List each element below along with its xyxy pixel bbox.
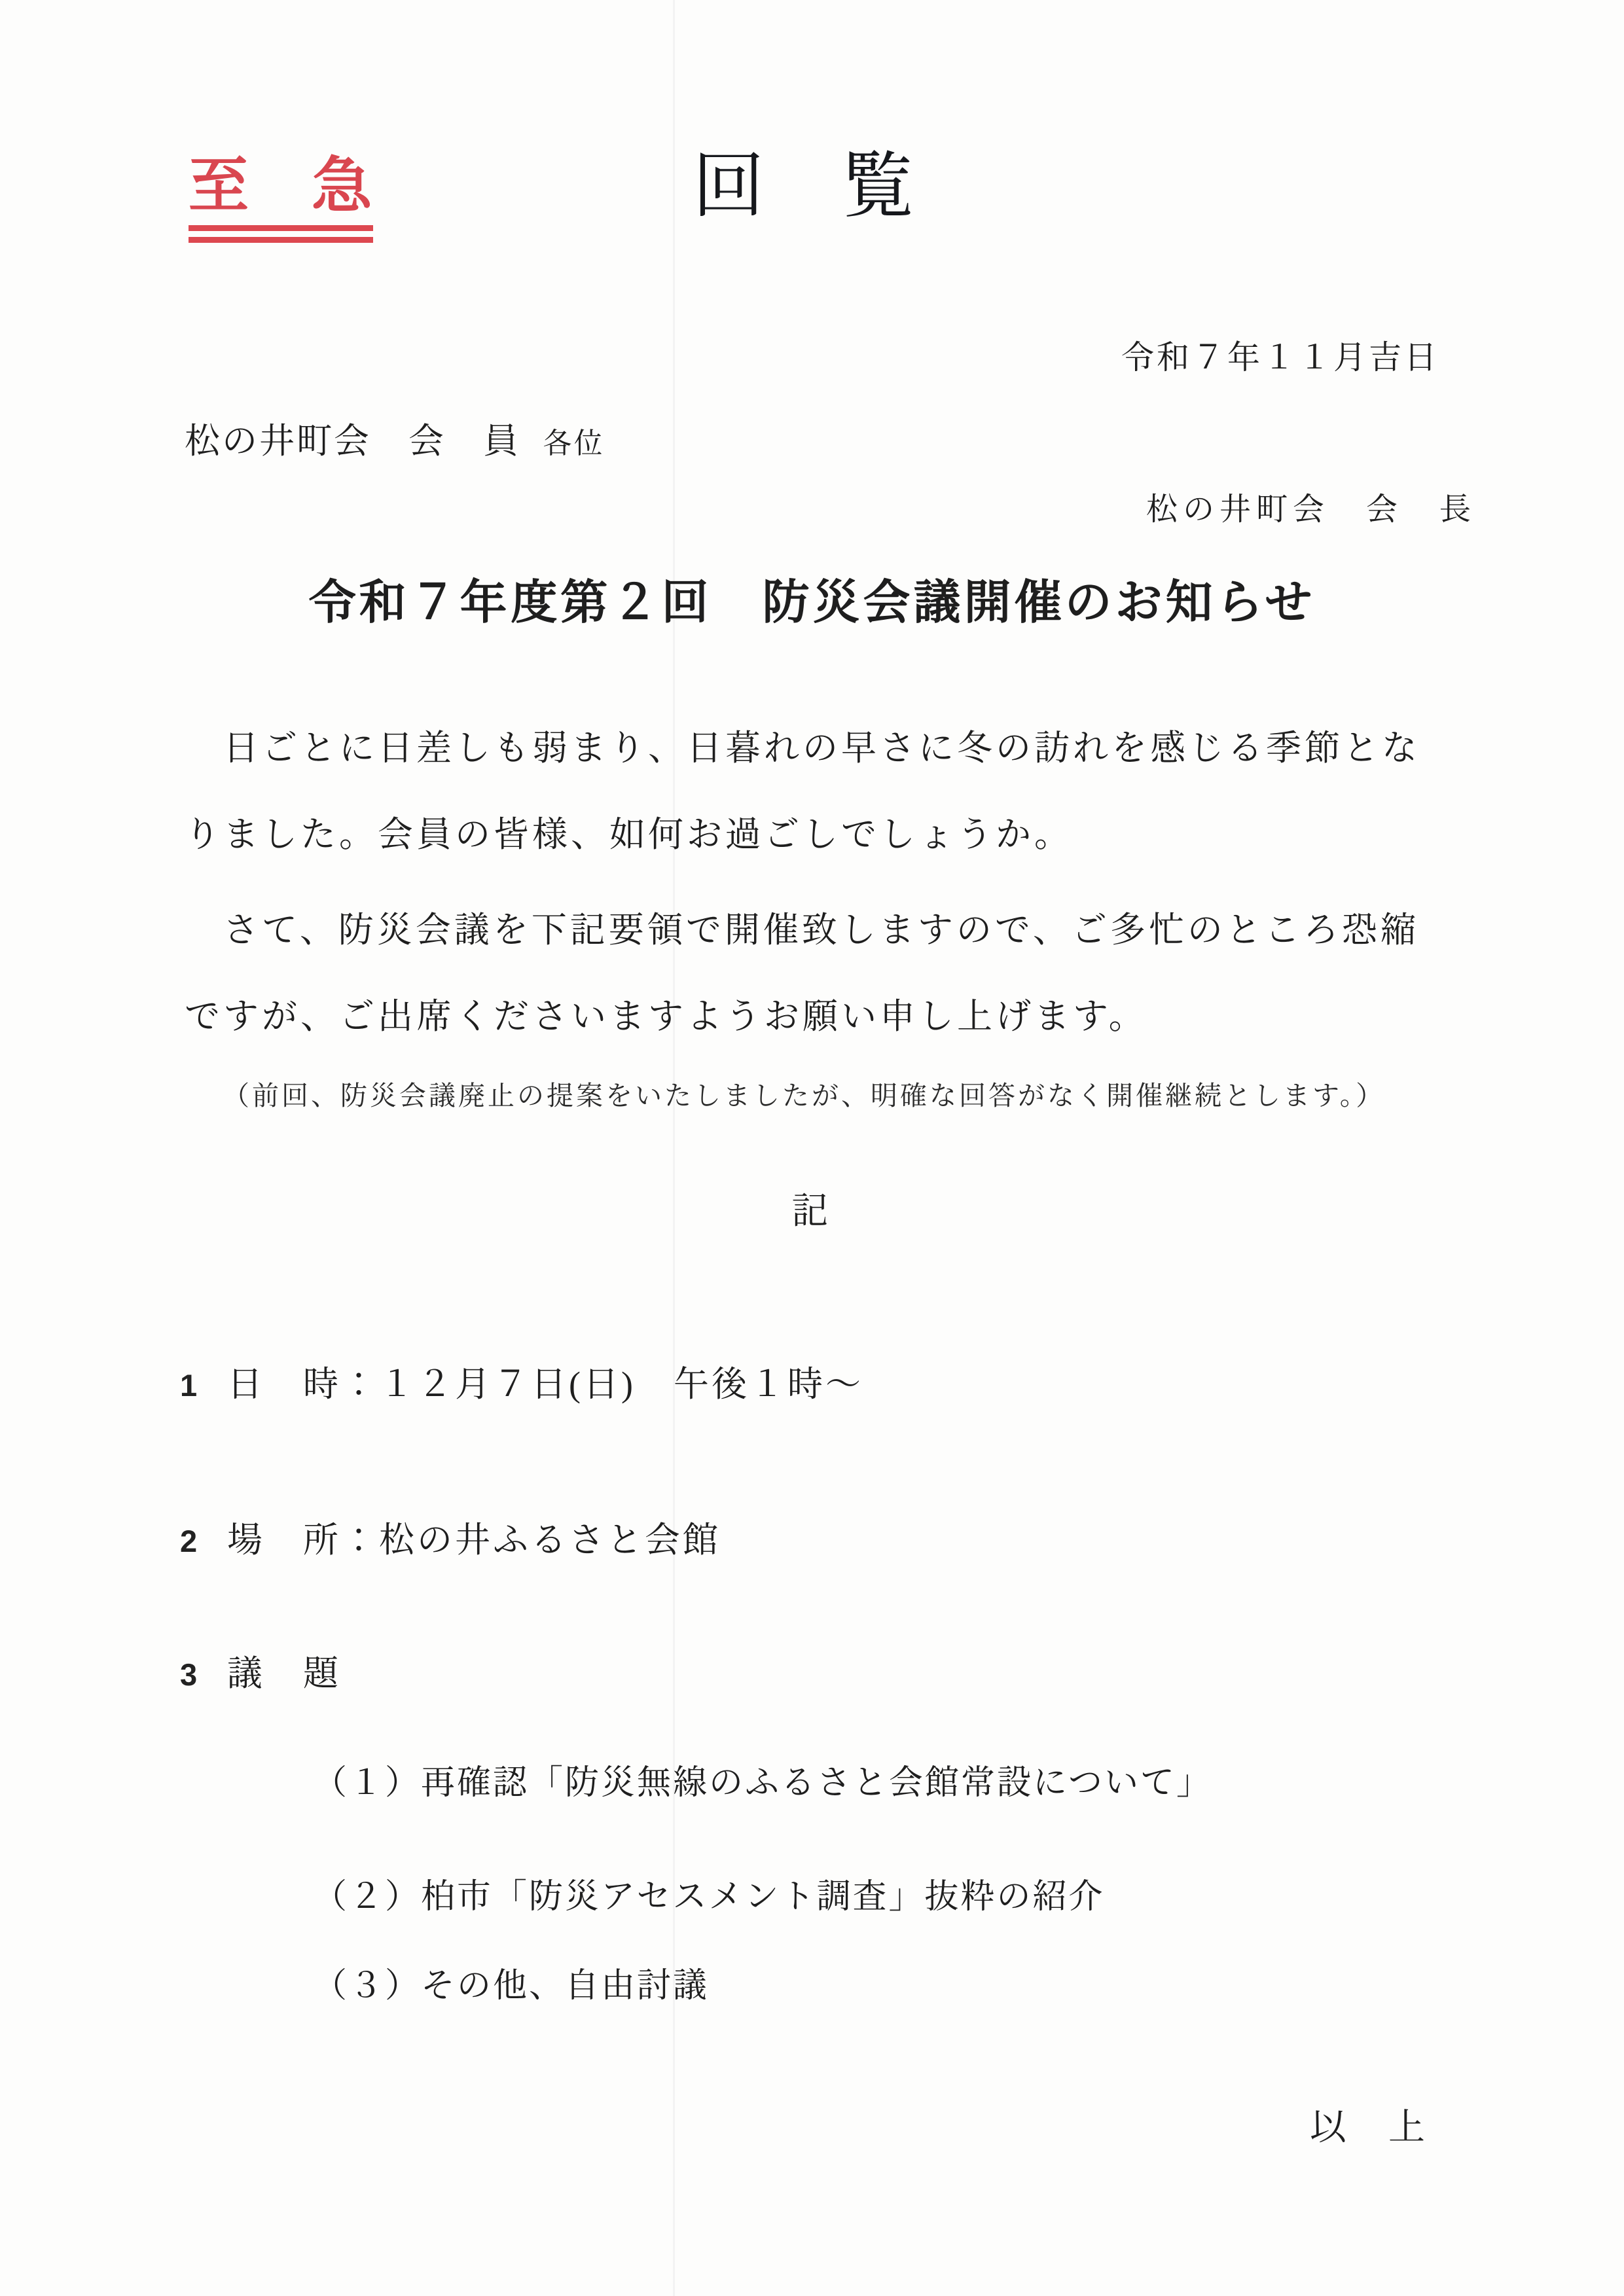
scanned-notice-page: 至 急 回 覧 令和７年１１月吉日 松の井町会 会 員 各位 松の井町会 会 長… bbox=[0, 0, 1624, 2296]
list-item-text: 日 時：１２月７日(日) 午後１時～ bbox=[227, 1365, 863, 1404]
parenthetical-note: （前回、防災会議廃止の提案をいたしましたが、明確な回答がなく開催継続とします。） bbox=[223, 1079, 1385, 1113]
addressee-honorific: 各位 bbox=[543, 427, 605, 459]
document-title: 令和７年度第２回 防災会議開催のお知らせ bbox=[0, 575, 1624, 631]
greeting-paragraph-line-1: 日ごとに日差しも弱まり、日暮れの早さに冬の訪れを感じる季節とな bbox=[185, 728, 1420, 768]
agenda-item-2: （２）柏市「防災アセスメント調査」抜粋の紹介 bbox=[313, 1876, 1104, 1918]
addressee-name: 松の井町会 会 員 bbox=[185, 422, 520, 461]
invitation-paragraph: さて、防災会議を下記要領で開催致しますので、ご多忙のところ恐縮 ですが、ご出席く… bbox=[185, 887, 1468, 1060]
list-item-number: 1 bbox=[180, 1367, 227, 1405]
list-item-datetime: 1日 時：１２月７日(日) 午後１時～ bbox=[180, 1363, 863, 1407]
record-marker: 記 bbox=[0, 1190, 1624, 1234]
circulation-heading: 回 覧 bbox=[693, 151, 916, 223]
urgent-stamp: 至 急 bbox=[189, 156, 373, 243]
invitation-paragraph-line-1: さて、防災会議を下記要領で開催致しますので、ご多忙のところ恐縮 bbox=[185, 910, 1419, 950]
closing-marker: 以 上 bbox=[1310, 2106, 1428, 2150]
agenda-item-1: （１）再確認「防災無線のふるさと会館常設について」 bbox=[313, 1762, 1212, 1804]
invitation-paragraph-line-2: ですが、ご出席くださいますようお願い申し上げます。 bbox=[185, 997, 1147, 1036]
scan-streak-artifact bbox=[673, 0, 675, 2296]
greeting-paragraph-line-2: りました。会員の皆様、如何お過ごしでしょうか。 bbox=[185, 815, 1073, 854]
list-item-text: 議 題 bbox=[227, 1654, 341, 1693]
list-item-text: 場 所：松の井ふるさと会館 bbox=[227, 1520, 721, 1560]
agenda-item-3: （３）その他、自由討議 bbox=[313, 1965, 709, 2007]
sender-line: 松の井町会 会 長 bbox=[1146, 491, 1476, 529]
list-item-number: 2 bbox=[180, 1522, 227, 1561]
date-line: 令和７年１１月吉日 bbox=[1121, 338, 1439, 377]
list-item-agenda-heading: 3議 題 bbox=[180, 1652, 341, 1696]
greeting-paragraph: 日ごとに日差しも弱まり、日暮れの早さに冬の訪れを感じる季節とな りました。会員の… bbox=[185, 705, 1468, 878]
list-item-number: 3 bbox=[180, 1656, 227, 1695]
addressee-line: 松の井町会 会 員 各位 bbox=[185, 420, 605, 463]
list-item-place: 2場 所：松の井ふるさと会館 bbox=[180, 1518, 721, 1563]
